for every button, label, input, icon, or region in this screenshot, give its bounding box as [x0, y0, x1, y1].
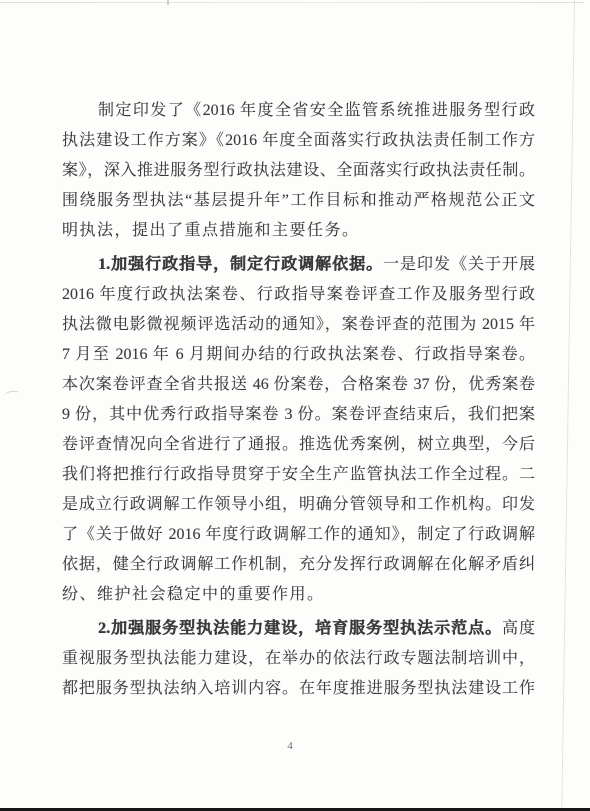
text-line: 2016 年度行政执法案卷、行政指导案卷评查工作及服务型行政	[62, 280, 535, 310]
page-number: 4	[0, 740, 580, 752]
text-line: 都把服务型执法纳入培训内容。在年度推进服务型执法建设工作	[62, 674, 535, 704]
document-page: 制定印发了《2016 年度全省安全监管系统推进服务型行政 执法建设工作方案》《2…	[0, 0, 590, 811]
text-line: 重视服务型执法能力建设，在举办的依法行政专题法制培训中，	[62, 644, 535, 674]
paragraph-item-1: 1.加强行政指导，制定行政调解依据。一是印发《关于开展 2016 年度行政执法案…	[62, 250, 535, 610]
text-line: 是成立行政调解工作领导小组，明确分管领导和工作机构。印发	[62, 490, 535, 520]
text-line: 依据，健全行政调解工作机制，充分发挥行政调解在化解矛盾纠	[62, 550, 535, 580]
scan-right-edge	[561, 0, 575, 811]
text-line: 1.加强行政指导，制定行政调解依据。一是印发《关于开展	[62, 250, 535, 280]
item-2-heading-run: 2.加强服务型执法能力建设，培育服务型执法示范点。	[98, 620, 502, 637]
text-line: 9 份，其中优秀行政指导案卷 3 份。案卷评查结束后，我们把案	[62, 400, 535, 430]
text-line: 卷评查情况向全省进行了通报。推选优秀案例，树立典型，今后	[62, 430, 535, 460]
item-1-heading-run: 1.加强行政指导，制定行政调解依据。	[98, 256, 383, 273]
text-line: 本次案卷评查全省共报送 46 份案卷，合格案卷 37 份，优秀案卷	[62, 370, 535, 400]
scan-top-tick-artifact	[167, 0, 169, 5]
text-line: 7 月至 2016 年 6 月期间办结的行政执法案卷、行政指导案卷。	[62, 340, 535, 370]
text-line: 明执法，提出了重点措施和主要任务。	[62, 216, 535, 246]
text-line: 围绕服务型执法“基层提升年”工作目标和推动严格规范公正文	[62, 186, 535, 216]
scan-top-edge	[0, 2, 584, 3]
text-run: 高度	[502, 620, 535, 637]
text-line: 执法微电影微视频评选活动的通知》，案卷评查的范围为 2015 年	[62, 310, 535, 340]
text-line: 执法建设工作方案》《2016 年度全面落实行政执法责任制工作方	[62, 126, 535, 156]
paragraph-intro: 制定印发了《2016 年度全省安全监管系统推进服务型行政 执法建设工作方案》《2…	[62, 96, 535, 246]
text-line: 案》，深入推进服务型行政执法建设、全面落实行政执法责任制。	[62, 156, 535, 186]
text-line: 纷、维护社会稳定中的重要作用。	[62, 580, 535, 610]
paragraph-item-2: 2.加强服务型执法能力建设，培育服务型执法示范点。高度 重视服务型执法能力建设，…	[62, 614, 535, 704]
document-body: 制定印发了《2016 年度全省安全监管系统推进服务型行政 执法建设工作方案》《2…	[62, 96, 535, 704]
text-line: 2.加强服务型执法能力建设，培育服务型执法示范点。高度	[62, 614, 535, 644]
scan-pencil-mark	[4, 390, 21, 399]
text-line: 我们将把推行行政指导贯穿于安全生产监管执法工作全过程。二	[62, 460, 535, 490]
text-line: 了《关于做好 2016 年度行政调解工作的通知》，制定了行政调解	[62, 520, 535, 550]
text-run: 一是印发《关于开展	[383, 256, 535, 273]
text-line: 制定印发了《2016 年度全省安全监管系统推进服务型行政	[62, 96, 535, 126]
